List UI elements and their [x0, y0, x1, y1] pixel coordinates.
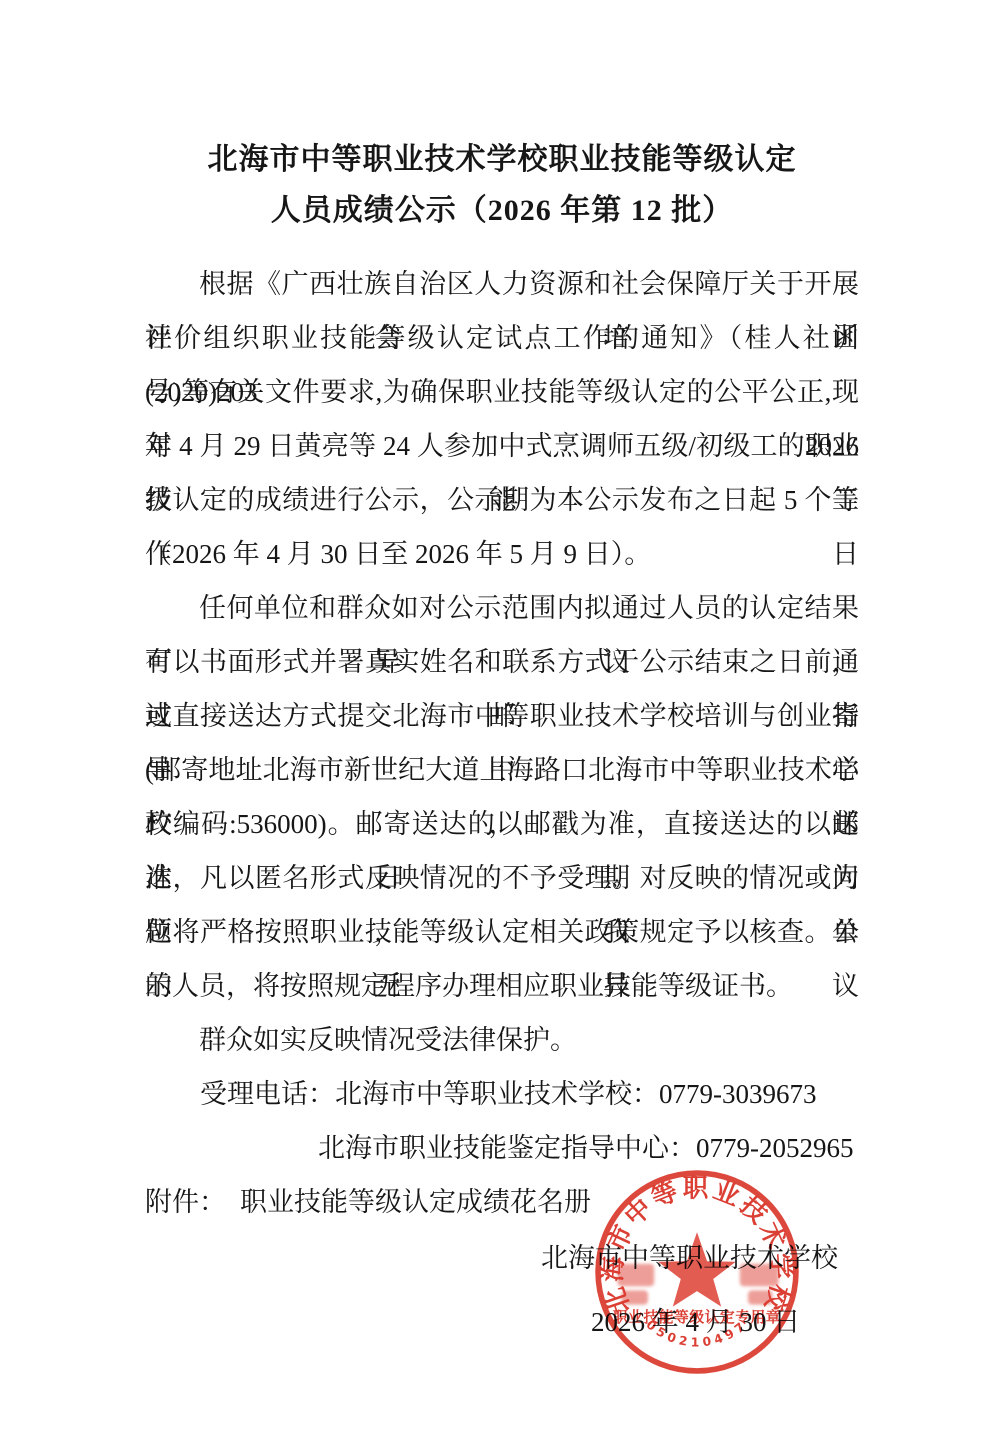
body-line: (邮寄地址北海市新世纪大道上海路口北海市中等职业技术学校，邮 [145, 743, 859, 797]
body-line: 年 4 月 29 日黄亮等 24 人参加中式烹调师五级/初级工的职业技能等 [145, 419, 859, 473]
seal-caption: 职业技能等级认定专用章 [613, 1308, 781, 1326]
document-page: 北海市中等职业技术学校职业技能等级认定 人员成绩公示（2026 年第 12 批）… [0, 0, 1000, 1449]
official-seal-stamp: 北海市中等职业技术学校 职业技能等级认定专用章 4505021049761 [595, 1170, 799, 1374]
attachment-text: 职业技能等级认定成绩花名册 [240, 1187, 591, 1217]
body-line: 可以书面形式并署真实姓名和联系方式于公示结束之日前通过邮寄 [145, 635, 859, 689]
contact-phone-center: 北海市职业技能鉴定指导中心：0779-2052965 [145, 1121, 859, 1175]
body-line: 号)等有关文件要求,为确保职业技能等级认定的公平公正,现对 2026 [145, 365, 859, 419]
star-icon [658, 1232, 736, 1306]
body-line: 级认定的成绩进行公示，公示期为本公示发布之日起 5 个工作日 [145, 473, 859, 527]
document-content: 北海市中等职业技术学校职业技能等级认定 人员成绩公示（2026 年第 12 批）… [145, 0, 859, 1349]
body-line: 根据《广西壮族自治区人力资源和社会保障厅关于开展社会培训 [145, 257, 859, 311]
contact-phone-school: 受理电话：北海市中等职业技术学校：0779-3039673 [145, 1067, 859, 1121]
body-line: 政编码:536000)。邮寄送达的以邮戳为准，直接送达的以送达日期为 [145, 797, 859, 851]
document-title-line2: 人员成绩公示（2026 年第 12 批） [145, 192, 859, 230]
document-title-line1: 北海市中等职业技术学校职业技能等级认定 [145, 141, 859, 179]
law-note: 群众如实反映情况受法律保护。 [145, 1013, 859, 1067]
body-line: 任何单位和群众如对公示范围内拟通过人员的认定结果有异议， [145, 581, 859, 635]
attachment-label: 附件： [145, 1187, 226, 1217]
body-line: 的人员，将按照规定程序办理相应职业技能等级证书。 [145, 959, 859, 1013]
body-line: 评价组织职业技能等级认定试点工作的通知》（桂人社函(2020)203 [145, 311, 859, 365]
body-line: 或直接送达方式提交北海市中等职业技术学校培训与创业指导中心 [145, 689, 859, 743]
body-line: 准，凡以匿名形式反映情况的不予受理。对反映的情况或问题，我单 [145, 851, 859, 905]
body-line: 位将严格按照职业技能等级认定相关政策规定予以核查。公示无异议 [145, 905, 859, 959]
